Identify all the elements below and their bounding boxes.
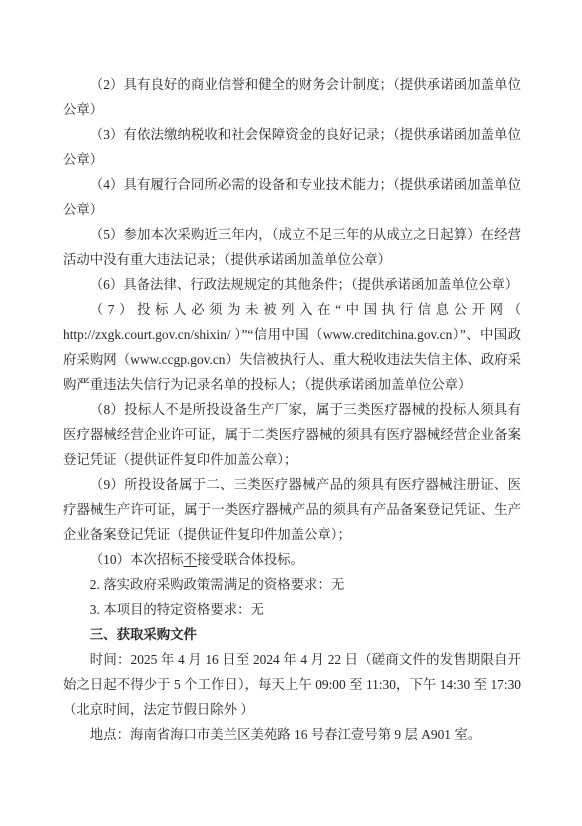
paragraph-specific-requirement: 3. 本项目的特定资格要求：无 (63, 597, 521, 622)
paragraph-policy-requirement: 2. 落实政府采购政策需满足的资格要求：无 (63, 572, 521, 597)
paragraph-location: 地点：海南省海口市美兰区美苑路 16 号春江壹号第 9 层 A901 室。 (63, 722, 521, 747)
paragraph-item-8: （8）投标人不是所投设备生产厂家，属于三类医疗器械的投标人须具有医疗器械经营企业… (63, 397, 521, 472)
paragraph-item-9: （9）所投设备属于二、三类医疗器械产品的须具有医疗器械注册证、医疗器械生产许可证… (63, 472, 521, 547)
paragraph-item-4: （4）具有履行合同所必需的设备和专业技术能力；（提供承诺函加盖单位公章） (63, 172, 521, 222)
underlined-text: 不 (184, 552, 197, 567)
paragraph-item-10: （10）本次招标不接受联合体投标。 (63, 547, 521, 572)
paragraph-item-6: （6）具备法律、行政法规规定的其他条件；（提供承诺函加盖单位公章） (63, 272, 521, 297)
paragraph-item-5: （5）参加本次采购近三年内，（成立不足三年的从成立之日起算）在经营活动中没有重大… (63, 222, 521, 272)
paragraph-item-2: （2）具有良好的商业信誉和健全的财务会计制度；（提供承诺函加盖单位公章） (63, 72, 521, 122)
paragraph-time: 时间：2025 年 4 月 16 日至 2024 年 4 月 22 日（磋商文件… (63, 647, 521, 722)
text-run: 接受联合体投标。 (197, 552, 304, 567)
paragraph-item-3: （3）有依法缴纳税收和社会保障资金的良好记录；（提供承诺函加盖单位公章） (63, 122, 521, 172)
text-run: （10）本次招标 (90, 552, 184, 567)
document-page: （2）具有良好的商业信誉和健全的财务会计制度；（提供承诺函加盖单位公章） （3）… (0, 0, 582, 826)
section-heading-obtain-documents: 三、获取采购文件 (63, 622, 521, 647)
paragraph-item-7: （7）投标人必须为未被列入在“中国执行信息公开网（ http://zxgk.co… (63, 297, 521, 397)
